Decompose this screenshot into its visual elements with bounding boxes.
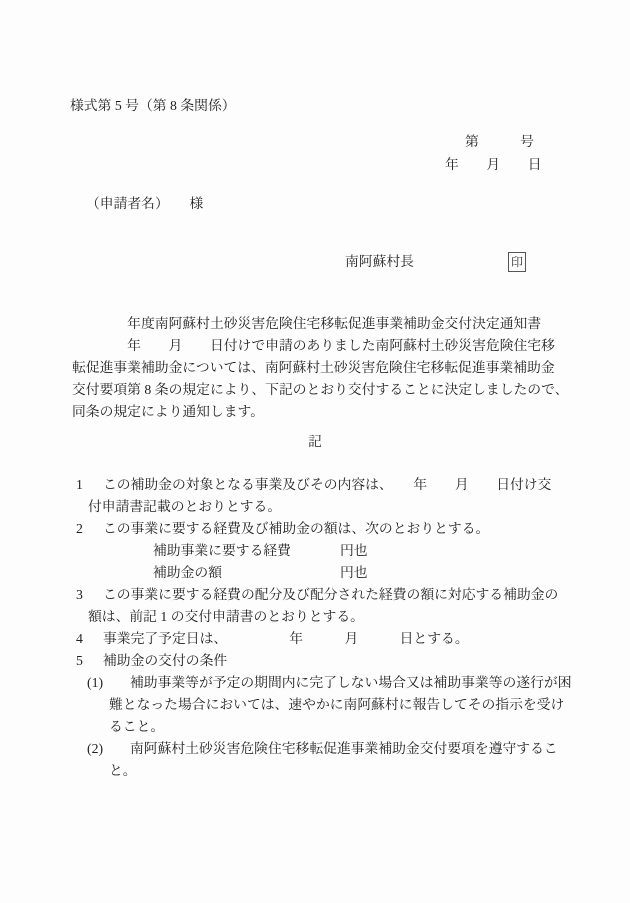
list-item-number: 4	[76, 628, 83, 650]
list-item-line: この事業に要する経費の配分及び配分された経費の額に対応する補助金の	[103, 584, 558, 606]
record-marker: 記	[72, 431, 558, 453]
list-item-number: 1	[76, 474, 83, 496]
list-item: 3この事業に要する経費の配分及び配分された経費の額に対応する補助金の額は、前記 …	[72, 584, 558, 628]
list-item: 4事業完了予定日は、 年 月 日とする。	[72, 628, 558, 650]
list-item: 1この補助金の対象となる事業及びその内容は、 年 月 日付け交付申請書記載のとお…	[72, 474, 558, 518]
paragraph-line: 転促進事業補助金については、南阿蘇村土砂災害危険住宅移転促進事業補助金	[72, 357, 558, 379]
document-title: 年度南阿蘇村土砂災害危険住宅移転促進事業補助金交付決定通知書	[72, 313, 558, 335]
list-item-line: この補助金の対象となる事業及びその内容は、 年 月 日付け交	[103, 474, 558, 496]
list-item-line: 額は、前記 1 の交付申請書のとおりとする。	[88, 606, 558, 628]
cost-line: 補助金の額円也	[72, 562, 558, 584]
issue-number-blank: 第 号	[465, 131, 534, 153]
seal-stamp: 印	[508, 252, 526, 272]
paragraph-line: 年 月 日付けで申請のありました南阿蘇村土砂災害危険住宅移	[72, 335, 558, 357]
list-item-line: この事業に要する経費及び補助金の額は、次のとおりとする。	[103, 518, 558, 540]
list-item-line: 補助事業等が予定の期間内に完了しない場合又は補助事業等の遂行が困	[130, 672, 558, 694]
list-item-line: 事業完了予定日は、 年 月 日とする。	[103, 628, 558, 650]
paragraph-line: 同条の規定により通知します。	[72, 401, 558, 423]
list-item-line: 難となった場合においては、速やかに南阿蘇村に報告してその指示を受け	[109, 694, 558, 716]
addressee-line: （申請者名） 様	[86, 193, 203, 215]
cost-line: 補助事業に要する経費円也	[72, 540, 558, 562]
cost-unit: 円也	[340, 565, 368, 580]
list-item-number: (1)	[87, 672, 103, 694]
list-item-number: 5	[76, 650, 83, 672]
cost-unit: 円也	[340, 543, 368, 558]
list-item-line: 南阿蘇村土砂災害危険住宅移転促進事業補助金交付要項を遵守するこ	[130, 738, 558, 760]
list-item-line: ること。	[109, 716, 558, 738]
list-item-number: 3	[76, 584, 83, 606]
paragraph-line: 交付要項第 8 条の規定により、下記のとおり交付することに決定しましたので、	[72, 379, 558, 401]
document-page: 様式第 5 号（第 8 条関係） 第 号 年 月 日 （申請者名） 様 南阿蘇村…	[0, 0, 630, 903]
list-item-line: 付申請書記載のとおりとする。	[88, 496, 558, 518]
cost-label: 補助金の額	[153, 562, 340, 584]
list-item-number: (2)	[87, 738, 103, 760]
main-paragraph: 年 月 日付けで申請のありました南阿蘇村土砂災害危険住宅移転促進事業補助金につい…	[72, 335, 558, 423]
list-item: 2この事業に要する経費及び補助金の額は、次のとおりとする。	[72, 518, 558, 540]
form-number-label: 様式第 5 号（第 8 条関係）	[70, 95, 236, 117]
list-item-line: 補助金の交付の条件	[103, 650, 558, 672]
issue-date-blank: 年 月 日	[445, 154, 542, 176]
sender-title: 南阿蘇村長	[345, 251, 414, 273]
cost-label: 補助事業に要する経費	[153, 540, 340, 562]
list-item-number: 2	[76, 518, 83, 540]
document-body: 年度南阿蘇村土砂災害危険住宅移転促進事業補助金交付決定通知書 年 月 日付けで申…	[72, 313, 558, 782]
list-item-line: と。	[109, 760, 558, 782]
list-item: 5補助金の交付の条件	[72, 650, 558, 672]
items-list: 1この補助金の対象となる事業及びその内容は、 年 月 日付け交付申請書記載のとお…	[72, 474, 558, 782]
list-item: (2)南阿蘇村土砂災害危険住宅移転促進事業補助金交付要項を遵守すること。	[72, 738, 558, 782]
list-item: (1)補助事業等が予定の期間内に完了しない場合又は補助事業等の遂行が困難となった…	[72, 672, 558, 738]
